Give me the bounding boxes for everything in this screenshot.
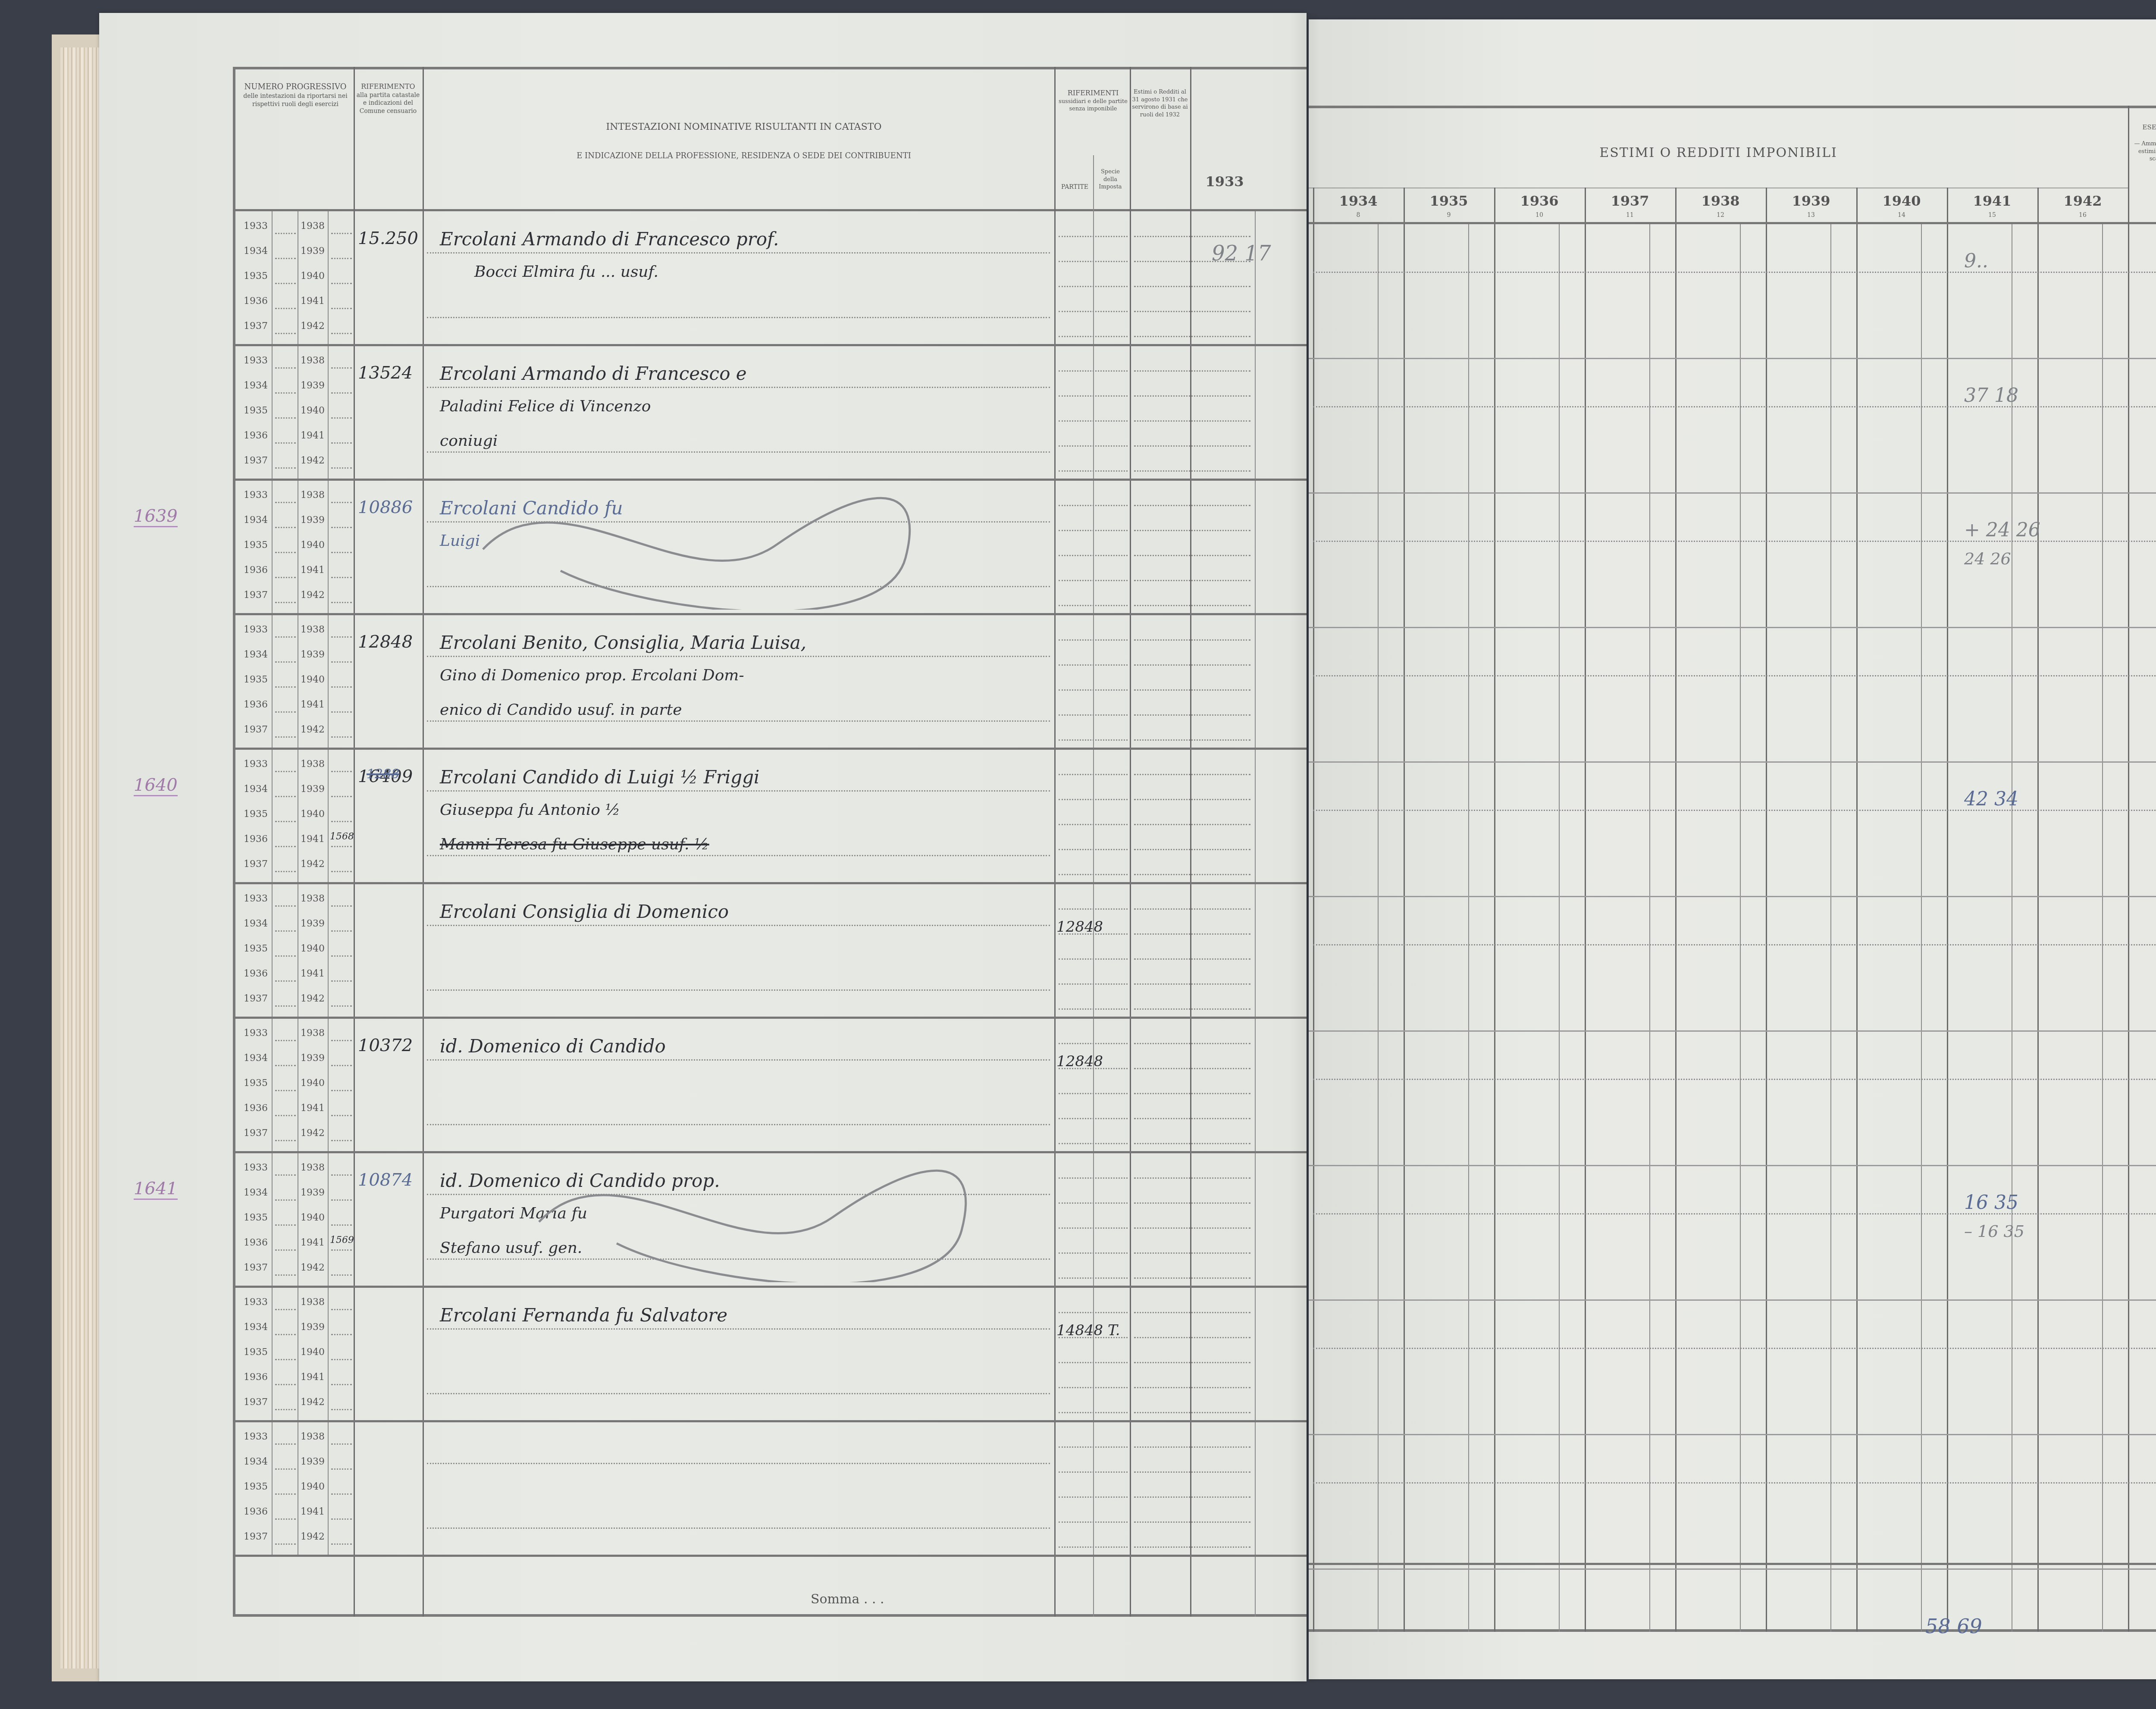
year-label: 1938 <box>301 490 325 501</box>
row-rule <box>233 1017 1307 1019</box>
vrule <box>1054 67 1056 1617</box>
dotted-line <box>275 1140 296 1141</box>
year-label: 1936 <box>244 1237 268 1248</box>
dotted-line <box>1134 286 1250 287</box>
dotted-line <box>1059 420 1128 422</box>
dotted-line <box>1134 1118 1250 1119</box>
dotted-line <box>1059 236 1128 237</box>
dotted-line <box>275 1224 296 1226</box>
header-intestazioni: INTESTAZIONI NOMINATIVE RISULTANTI IN CA… <box>431 121 1056 161</box>
row-rule <box>1309 1568 2156 1570</box>
intestazione-line: Ercolani Armando di Francesco e <box>440 363 747 384</box>
year-label: 1940 <box>301 1481 325 1492</box>
header-estimi-redditi: ESTIMI O REDDITI IMPONIBILI <box>1309 144 2128 162</box>
dotted-line <box>331 736 352 738</box>
partite-value: 14848 T. <box>1056 1322 1120 1339</box>
dotted-line <box>427 720 1050 722</box>
vrule <box>1378 224 1379 1632</box>
dotted-line <box>427 855 1050 856</box>
vrule <box>1740 224 1741 1632</box>
dotted-line <box>1134 689 1250 691</box>
dotted-line <box>1059 739 1128 741</box>
dotted-line <box>1313 675 2156 676</box>
dotted-line <box>331 930 352 932</box>
year-label: 1937 <box>244 1397 268 1408</box>
dotted-line <box>331 1005 352 1007</box>
vrule <box>1856 188 1858 1632</box>
year-label: 1938 <box>301 759 325 770</box>
dotted-line <box>1059 1446 1128 1448</box>
dotted-line <box>1059 1277 1128 1279</box>
dotted-line <box>427 1527 1050 1529</box>
year-label: 1933 <box>244 355 268 366</box>
year-label: 1936 <box>244 1506 268 1517</box>
dotted-line <box>1134 445 1250 447</box>
dotted-line <box>275 1274 296 1276</box>
dotted-line <box>1134 236 1250 237</box>
dotted-line <box>275 661 296 663</box>
year-label: 1941 <box>301 1506 325 1517</box>
year-label: 1935 <box>244 1212 268 1223</box>
dotted-line <box>331 980 352 982</box>
header-partite: PARTITE <box>1054 183 1095 191</box>
riferimento-value: 10372 <box>358 1036 413 1055</box>
dotted-line <box>1134 1412 1250 1413</box>
year-label: 1937 <box>244 993 268 1004</box>
dotted-line <box>1059 395 1128 397</box>
dotted-line <box>331 1199 352 1201</box>
dotted-line <box>331 1224 352 1226</box>
year-label: 1934 <box>244 649 268 660</box>
year-label: 1936 <box>244 296 268 307</box>
year-label: 1934 <box>244 1456 268 1467</box>
dotted-line <box>275 467 296 469</box>
dotted-line <box>331 1140 352 1141</box>
dotted-line <box>275 417 296 419</box>
year-label: 1937 <box>244 1531 268 1542</box>
column-number: 14 <box>1856 211 1947 219</box>
dotted-line <box>427 1328 1050 1330</box>
dotted-line <box>331 871 352 872</box>
dotted-line <box>1059 580 1128 581</box>
header-year-1939: 1939 <box>1766 192 1856 210</box>
dotted-line <box>1059 799 1128 800</box>
dotted-line <box>275 552 296 553</box>
dotted-line <box>1134 605 1250 606</box>
year-label: 1938 <box>301 1431 325 1442</box>
somma-label: Somma . . . <box>811 1591 884 1609</box>
year-label: 1938 <box>301 624 325 635</box>
row-rule <box>1309 627 2156 628</box>
dotted-line <box>427 989 1050 991</box>
year-label: 1936 <box>244 968 268 979</box>
year-label: 1938 <box>301 221 325 232</box>
dotted-line <box>1134 505 1250 506</box>
dotted-line <box>427 1124 1050 1125</box>
year-label: 1935 <box>244 1481 268 1492</box>
dotted-line <box>1059 1043 1128 1044</box>
dotted-line <box>1134 1277 1250 1279</box>
year-label: 1936 <box>244 699 268 710</box>
dotted-line <box>331 686 352 688</box>
margin-number: 1640 <box>134 775 178 796</box>
dotted-line <box>331 905 352 907</box>
column-number: 15 <box>1947 211 2037 219</box>
intestazione-line: Ercolani Armando di Francesco prof. <box>440 228 779 250</box>
dotted-line <box>1313 1213 2156 1214</box>
dotted-line <box>1059 639 1128 641</box>
value-1941: 16 35 <box>1964 1192 2018 1214</box>
vrule <box>2037 188 2039 1632</box>
dotted-line <box>1059 1093 1128 1094</box>
intestazione-line: id. Domenico di Candido <box>440 1036 666 1057</box>
dotted-line <box>1059 1008 1128 1010</box>
dotted-line <box>275 1443 296 1445</box>
header-year-1935: 1935 <box>1404 192 1494 210</box>
dotted-line <box>275 1334 296 1335</box>
dotted-line <box>275 771 296 772</box>
dotted-line <box>1134 933 1250 935</box>
year-label: 1938 <box>301 355 325 366</box>
year-label: 1942 <box>301 859 325 870</box>
intestazione-line: Ercolani Consiglia di Domenico <box>440 901 729 922</box>
dotted-line <box>331 392 352 394</box>
dotted-line <box>1134 1387 1250 1388</box>
dotted-line <box>1059 664 1128 666</box>
year-label: 1933 <box>244 1431 268 1442</box>
dotted-line <box>275 283 296 284</box>
dotted-line <box>1134 336 1250 337</box>
year-label: 1939 <box>301 649 325 660</box>
dotted-line <box>275 233 296 234</box>
vrule <box>1404 188 1405 1632</box>
dotted-line <box>331 1468 352 1470</box>
year-label: 1933 <box>244 759 268 770</box>
dotted-line <box>275 1518 296 1520</box>
year-label: 1933 <box>244 893 268 904</box>
year-label: 1935 <box>244 271 268 282</box>
dotted-line <box>331 955 352 957</box>
column-number: 11 <box>1585 211 1675 219</box>
dotted-line <box>1059 1546 1128 1548</box>
dotted-line <box>1134 1546 1250 1548</box>
dotted-line <box>1059 1412 1128 1413</box>
dotted-line <box>331 467 352 469</box>
dotted-line <box>331 1493 352 1495</box>
year-label: 1939 <box>301 515 325 526</box>
dotted-line <box>331 1543 352 1545</box>
dotted-line <box>427 252 1050 254</box>
dotted-line <box>1059 1496 1128 1498</box>
dotted-line <box>275 846 296 847</box>
dotted-line <box>331 527 352 528</box>
intestazione-line: Gino di Domenico prop. Ercolani Dom- <box>440 667 744 684</box>
header-riferimenti: RIFERIMENTI sussidiari e delle partite s… <box>1056 88 1130 113</box>
year-label: 1939 <box>301 1187 325 1198</box>
dotted-line <box>331 602 352 603</box>
dotted-line <box>1134 530 1250 531</box>
year-label: 1933 <box>244 1162 268 1173</box>
year-label: 1941 <box>301 565 325 576</box>
dotted-line <box>331 1174 352 1176</box>
dotted-line <box>275 258 296 259</box>
left-ledger-frame <box>233 67 1307 1617</box>
year-label: 1939 <box>301 1053 325 1064</box>
dotted-line <box>1134 1521 1250 1523</box>
vrule <box>1947 188 1948 1632</box>
intestazione-line: Ercolani Candido di Luigi ½ Friggi <box>440 767 760 788</box>
dotted-line <box>1313 944 2156 945</box>
row-rule <box>233 1555 1307 1557</box>
dotted-line <box>1134 958 1250 960</box>
dotted-line <box>1059 774 1128 775</box>
dotted-line <box>1059 849 1128 850</box>
column-number: 10 <box>1494 211 1585 219</box>
dotted-line <box>1134 983 1250 985</box>
right-ledger-frame <box>1309 106 2156 1632</box>
year-label: 1937 <box>244 321 268 332</box>
dotted-line <box>331 258 352 259</box>
dotted-line <box>331 1274 352 1276</box>
dotted-line <box>1059 983 1128 985</box>
dotted-line <box>275 1115 296 1116</box>
left-page: NUMERO PROGRESSIVO delle intestazioni da… <box>99 13 1307 1681</box>
dotted-line <box>331 552 352 553</box>
dotted-line <box>275 392 296 394</box>
total-rule <box>1309 1563 2156 1565</box>
dotted-line <box>1059 505 1128 506</box>
dotted-line <box>1059 605 1128 606</box>
year-label: 1942 <box>301 321 325 332</box>
dotted-line <box>1134 1043 1250 1044</box>
margin-number: 1639 <box>134 506 178 527</box>
year-label: 1934 <box>244 1187 268 1198</box>
dotted-line <box>331 636 352 638</box>
dotted-line <box>1313 1482 2156 1484</box>
row-rule <box>1309 1299 2156 1301</box>
header-estimi-1931: Estimi o Redditi al 31 agosto 1931 che s… <box>1132 88 1188 119</box>
dotted-line <box>1313 1348 2156 1349</box>
year-label: 1937 <box>244 590 268 601</box>
dotted-line <box>1313 810 2156 811</box>
dotted-line <box>1134 774 1250 775</box>
dotted-line <box>1059 1227 1128 1229</box>
row-rule <box>233 479 1307 481</box>
vrule <box>1093 155 1094 1617</box>
column-number: 13 <box>1766 211 1856 219</box>
dotted-line <box>1059 555 1128 556</box>
dotted-line <box>1134 824 1250 825</box>
intestazione-line: Manni Teresa fu Giuseppe usuf. ½ <box>440 836 709 853</box>
row-rule <box>1309 1165 2156 1166</box>
riferimento-struck: 1288 <box>367 767 399 782</box>
year-label: 1939 <box>301 918 325 929</box>
value-1941: 9.. <box>1964 250 1988 272</box>
row-rule <box>233 344 1307 346</box>
dotted-line <box>275 955 296 957</box>
row-rule <box>1309 896 2156 897</box>
year-label: 1937 <box>244 724 268 735</box>
margin-number: 1641 <box>134 1179 178 1200</box>
dotted-line <box>275 333 296 334</box>
vrule <box>1766 188 1767 1632</box>
dotted-line <box>427 1059 1050 1061</box>
vrule <box>423 67 424 1617</box>
dotted-line <box>1134 1471 1250 1473</box>
header-numero-progressivo: NUMERO PROGRESSIVO delle intestazioni da… <box>241 82 349 109</box>
intestazione-line: enico di Candido usuf. in parte <box>440 701 682 719</box>
year-label: 1934 <box>244 380 268 391</box>
year-label: 1942 <box>301 1262 325 1273</box>
intestazione-line: Ercolani Fernanda fu Salvatore <box>440 1305 727 1326</box>
vrule <box>1559 224 1560 1632</box>
dotted-line <box>427 317 1050 318</box>
dotted-line <box>275 736 296 738</box>
dotted-line <box>1059 1252 1128 1254</box>
vrule <box>1494 188 1495 1632</box>
dotted-line <box>275 442 296 444</box>
dotted-line <box>1313 1079 2156 1080</box>
year-label: 1941 <box>301 1372 325 1383</box>
dotted-line <box>1134 1337 1250 1338</box>
dotted-line <box>275 686 296 688</box>
header-year-1942: 1942 <box>2037 192 2128 210</box>
year-label: 1938 <box>301 1297 325 1308</box>
dotted-line <box>275 1409 296 1410</box>
dotted-line <box>331 233 352 234</box>
year-label: 1934 <box>244 1322 268 1333</box>
dotted-line <box>331 367 352 369</box>
year-label: 1938 <box>301 1162 325 1173</box>
dotted-line <box>427 925 1050 926</box>
dotted-line <box>1134 1362 1250 1363</box>
row-rule <box>1309 1030 2156 1032</box>
dotted-line <box>331 1443 352 1445</box>
column-number: 9 <box>1404 211 1494 219</box>
dotted-line <box>331 846 352 847</box>
year-label: 1940 <box>301 1078 325 1089</box>
dotted-line <box>1134 1093 1250 1094</box>
intestazione-line: coniugi <box>440 432 498 450</box>
year-label: 1939 <box>301 246 325 257</box>
riferimento-value: 15.250 <box>358 228 418 248</box>
dotted-line <box>1134 395 1250 397</box>
dotted-line <box>1059 311 1128 312</box>
year-label: 1935 <box>244 1347 268 1358</box>
year-label: 1939 <box>301 380 325 391</box>
row-rule <box>233 613 1307 615</box>
cancel-scribble-icon <box>530 1157 1005 1282</box>
dotted-line <box>1134 1446 1250 1448</box>
vrule <box>1255 211 1256 1617</box>
value-1941: + 24 26 <box>1964 519 2040 541</box>
dotted-line <box>275 367 296 369</box>
vrule <box>1921 224 1922 1632</box>
year-label: 1934 <box>244 784 268 795</box>
dotted-line <box>1134 311 1250 312</box>
dotted-line <box>427 451 1050 453</box>
year-label: 1936 <box>244 565 268 576</box>
year-label: 1934 <box>244 918 268 929</box>
dotted-line <box>331 1518 352 1520</box>
dotted-line <box>331 1249 352 1251</box>
year-label: 1939 <box>301 784 325 795</box>
dotted-line <box>1134 555 1250 556</box>
dotted-line <box>275 1359 296 1360</box>
dotted-line <box>275 1065 296 1066</box>
vrule <box>2012 224 2012 1632</box>
dotted-line <box>1134 580 1250 581</box>
dotted-line <box>1059 1202 1128 1204</box>
dotted-line <box>275 1005 296 1007</box>
year-label: 1934 <box>244 1053 268 1064</box>
dotted-line <box>427 790 1050 792</box>
dotted-line <box>1134 639 1250 641</box>
dotted-line <box>1059 1118 1128 1119</box>
dotted-line <box>275 1309 296 1310</box>
year-label: 1936 <box>244 430 268 441</box>
dotted-line <box>275 1543 296 1545</box>
header-year-1936: 1936 <box>1494 192 1585 210</box>
year-label: 1941 <box>301 1103 325 1114</box>
row-rule <box>233 882 1307 884</box>
dotted-line <box>1134 799 1250 800</box>
year-label: 1939 <box>301 1456 325 1467</box>
year-label: 1942 <box>301 724 325 735</box>
riferimento-value: 12848 <box>358 632 413 652</box>
year-label: 1935 <box>244 809 268 820</box>
year-label: 1933 <box>244 1297 268 1308</box>
dotted-line <box>331 711 352 713</box>
riferimento-value: 10886 <box>358 498 413 517</box>
dotted-line <box>331 1065 352 1066</box>
year-label: 1942 <box>301 1531 325 1542</box>
dotted-line <box>1059 1521 1128 1523</box>
dotted-line <box>1134 370 1250 372</box>
year-label: 1935 <box>244 674 268 685</box>
year-label: 1938 <box>301 1028 325 1039</box>
dotted-line <box>1059 958 1128 960</box>
right-subheader-rule <box>1309 188 2128 188</box>
dotted-line <box>331 417 352 419</box>
header-esenzioni: ESENZIONI — Ammontare degli estimi o red… <box>2130 123 2156 163</box>
intestazione-line: Ercolani Benito, Consiglia, Maria Luisa, <box>440 632 806 653</box>
dotted-line <box>1059 445 1128 447</box>
dotted-line <box>331 661 352 663</box>
year-label: 1935 <box>244 1078 268 1089</box>
vrule <box>2102 224 2103 1632</box>
dotted-line <box>1059 689 1128 691</box>
header-year-1937: 1937 <box>1585 192 1675 210</box>
year-label: 1936 <box>244 1103 268 1114</box>
vrule <box>2128 106 2129 1632</box>
year-label: 1940 <box>301 540 325 551</box>
left-header-rule <box>233 209 1307 211</box>
partite-value: 12848 <box>1056 918 1103 936</box>
year-label: 1937 <box>244 455 268 466</box>
dotted-line <box>331 1040 352 1041</box>
dotted-line <box>331 1334 352 1335</box>
dotted-line <box>1059 1177 1128 1179</box>
dotted-line <box>1134 1008 1250 1010</box>
dotted-line <box>1059 714 1128 716</box>
dotted-line <box>1059 824 1128 825</box>
dotted-line <box>331 283 352 284</box>
dotted-line <box>1313 406 2156 407</box>
header-riferimento: RIFERIMENTO alla partita catastale e ind… <box>356 82 420 116</box>
year-label: 1941 <box>301 968 325 979</box>
row-rule <box>1309 761 2156 763</box>
